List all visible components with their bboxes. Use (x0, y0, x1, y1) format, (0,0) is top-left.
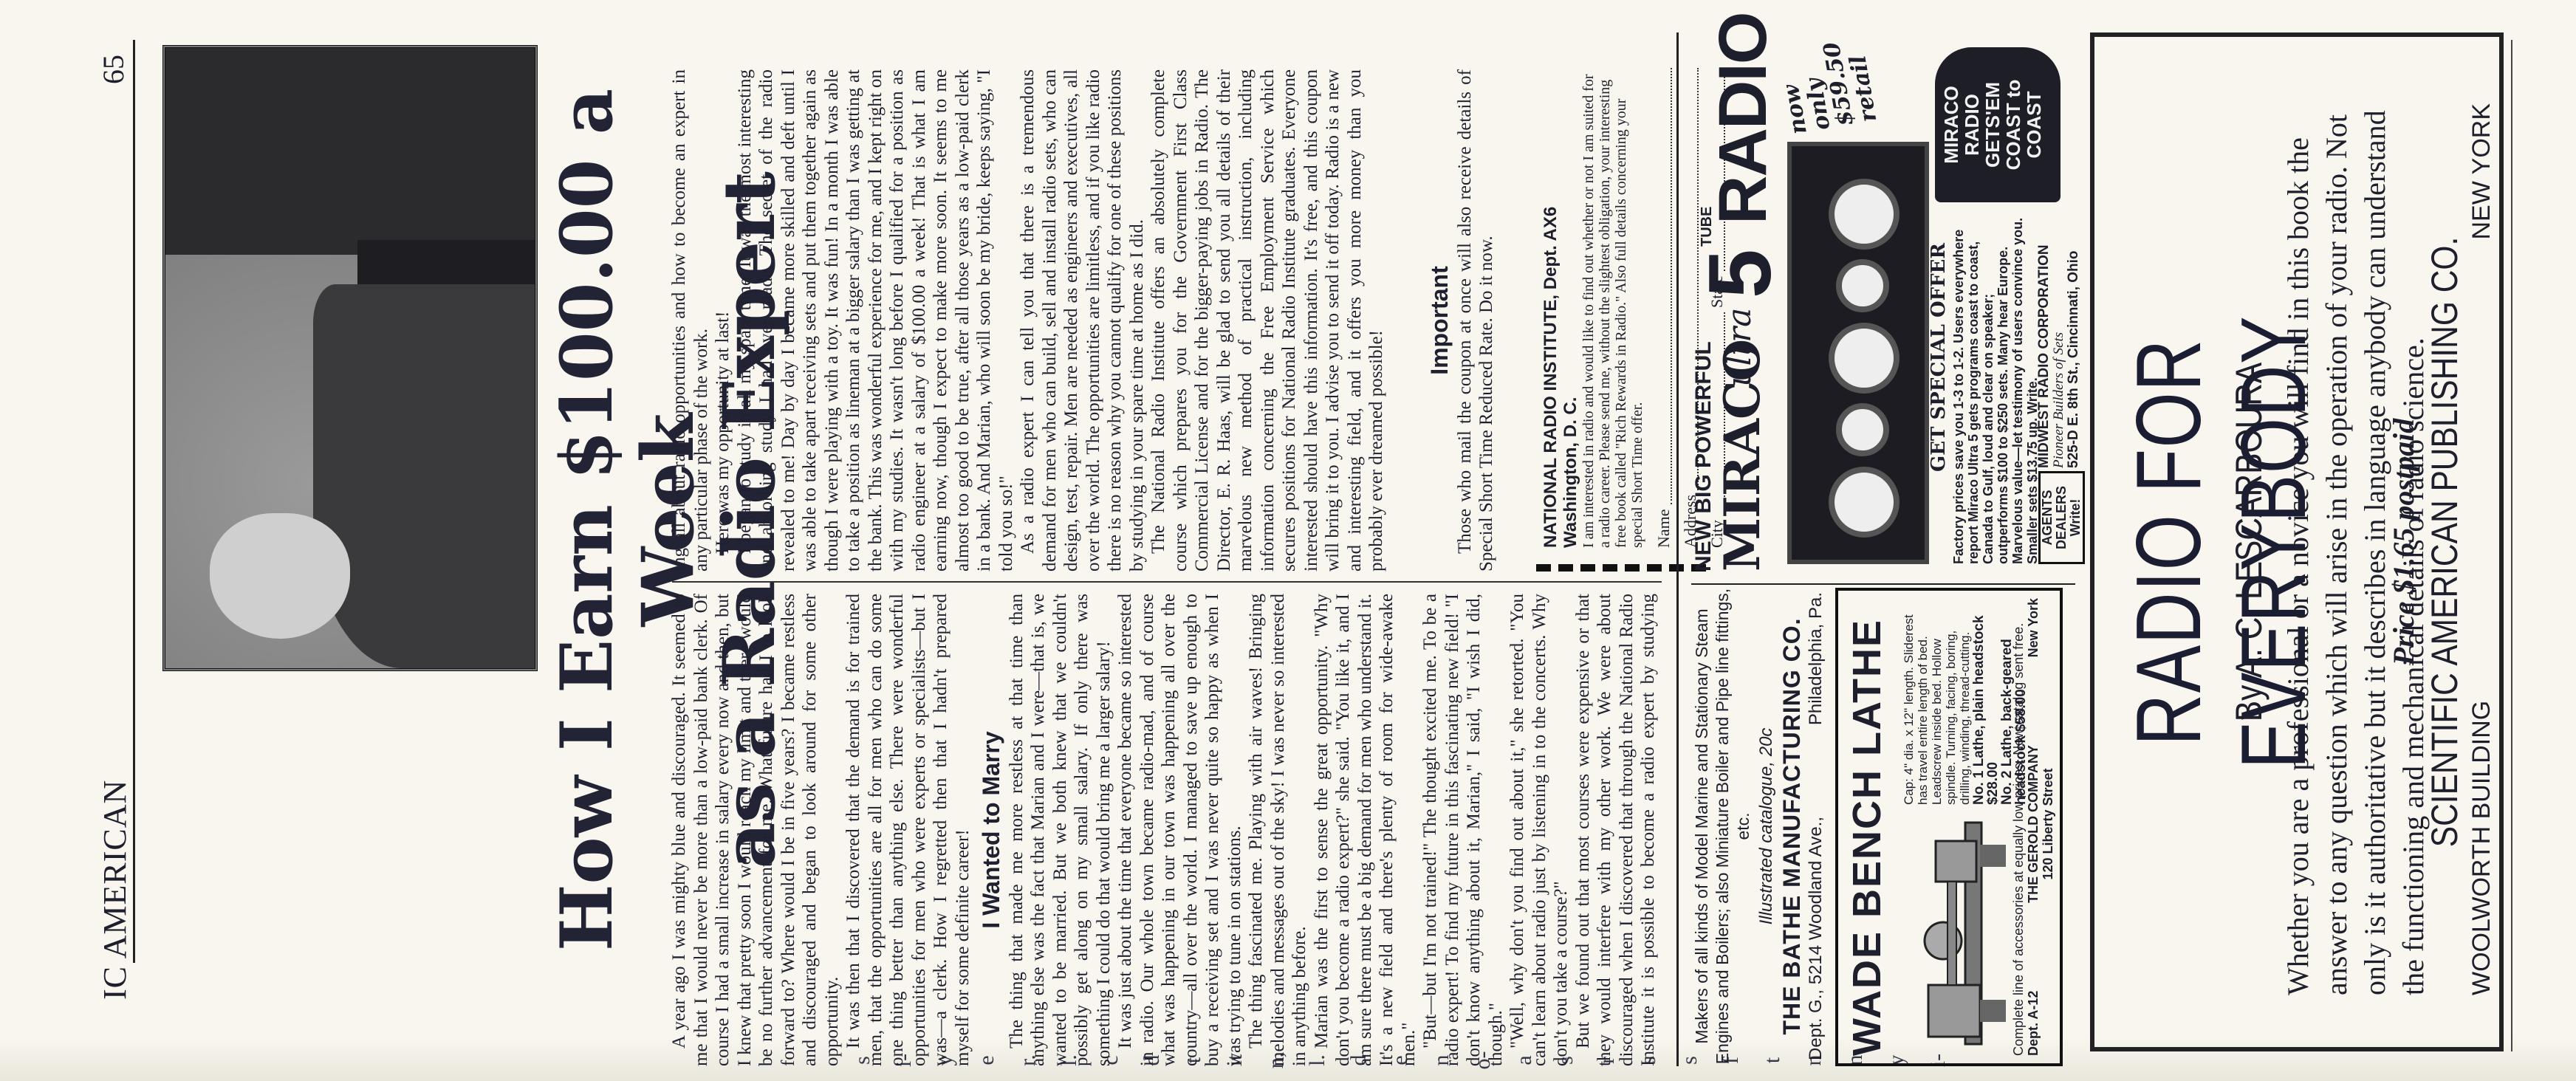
bottom-rule (2511, 40, 2512, 1051)
coupon-org: NATIONAL RADIO INSTITUTE, Dept. AX6 (1541, 68, 1561, 548)
paragraph: As a radio expert I can tell you that th… (1017, 69, 1148, 572)
article-column-right: ing all about radio opportunities and ho… (668, 69, 1422, 572)
miraco-badge: MIRACO RADIO GETS'EM COAST to COAST (1935, 47, 2061, 202)
coupon[interactable]: NATIONAL RADIO INSTITUTE, Dept. AX6 Wash… (1536, 62, 1706, 572)
miraco-radio-ad: NEW BIG POWERFUL MIRACO ultra 5 TUBE RAD… (1691, 40, 2075, 572)
page-number: 65 (96, 55, 131, 84)
paragraph: The National Radio Institute offers an a… (1148, 69, 1388, 572)
paragraph: "Well, why don't you find out about it,"… (1507, 594, 1572, 1066)
paragraph: A year ago I was mighty blue and discour… (668, 594, 843, 1066)
bathe-ad: Makers of all kinds of Model Marine and … (1691, 586, 1832, 1066)
article-column-left: A year ago I was mighty blue and discour… (668, 594, 1658, 1066)
important-heading: Important (1429, 69, 1451, 572)
rfe-price: Price $1.65 postpaid (2386, 37, 2421, 1047)
journal-title: IC AMERICAN (96, 780, 134, 1000)
wade-headline: WADE BENCH LATHE (1844, 619, 1890, 1056)
rfe-author: By A. C. LESCARBOURA (2227, 113, 2270, 972)
wade-lathe-ad: WADE BENCH LATHE Cap: 4" dia. x 12" leng… (1835, 588, 2063, 1066)
header-rule (133, 40, 135, 963)
paragraph: ing all about radio opportunities and ho… (668, 69, 712, 572)
agents-box: AGENTS DEALERS Write! (2038, 471, 2085, 564)
radio-for-everybody-ad: RADIO FOR EVERYBODY By A. C. LESCARBOURA… (2090, 32, 2504, 1051)
rotated-magazine-page: si-yer.l.cdtitn,l.deno-asrssftnnyi- IC A… (0, 0, 2576, 1081)
paragraph: The thing fascinated me. Playing with ai… (1245, 594, 1311, 1066)
paragraph: Here was my opportunity at last! (712, 69, 734, 572)
miraco-price: now only $59.50 retail (1773, 32, 1882, 136)
ads-divider (1691, 583, 2075, 585)
coupon-city: Washington, D. C. (1561, 68, 1580, 548)
paragraph: But we found out that most courses were … (1572, 594, 1659, 1066)
paragraph: It was then that I discovered that the d… (843, 594, 973, 1066)
column-divider (672, 581, 1662, 583)
rfe-publisher: SCIENTIFIC AMERICAN PUBLISHING CO. (2423, 113, 2466, 972)
running-header: IC AMERICAN 65 (66, 32, 126, 1015)
lathe-illustration-icon (1899, 815, 2010, 1051)
important-text: Those who mail the coupon at once will a… (1454, 69, 1498, 572)
paragraph: "But—but I'm not trained!" The thought e… (1419, 594, 1507, 1066)
article-photo (162, 45, 538, 671)
paragraph: Marian was the first to sense the great … (1311, 594, 1420, 1066)
important-note: Important Those who mail the coupon at o… (1422, 69, 1498, 572)
paragraph: It was just about the time that everyone… (1114, 594, 1245, 1066)
section-heading: I Wanted to Marry (981, 594, 1003, 1066)
ads-rule (1676, 32, 1679, 1066)
radio-set-illustration-icon (1787, 142, 1929, 564)
paragraph: I began to study in all my spare time. I… (734, 69, 1018, 572)
coupon-name-field[interactable]: Name (1656, 68, 1672, 548)
coupon-body: I am interested in radio and would like … (1580, 68, 1645, 548)
paragraph: The thing that made me more restless at … (1006, 594, 1115, 1066)
